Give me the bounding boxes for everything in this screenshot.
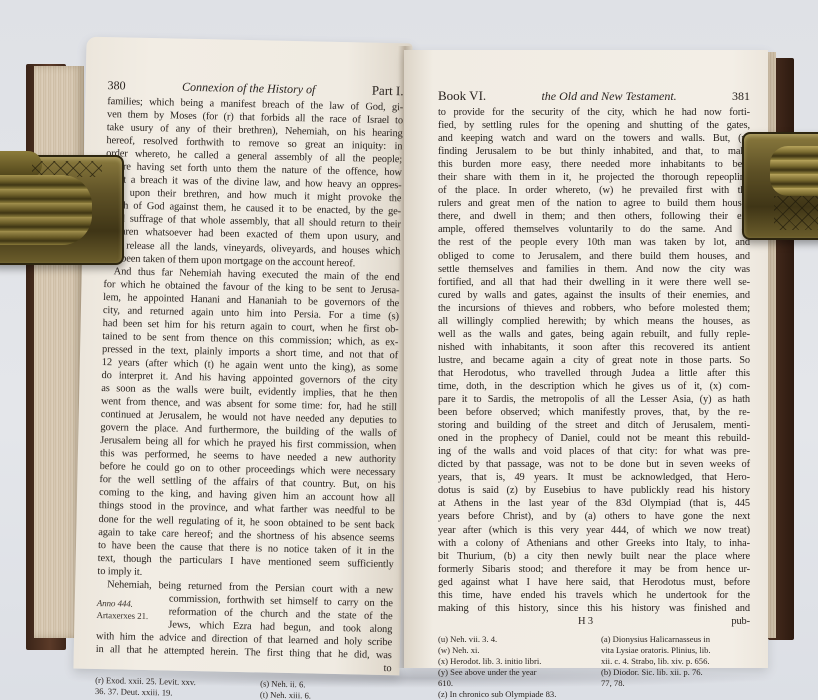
text-line: and keeping watch and ward on the towers… — [438, 132, 750, 145]
footnote: 77, 78. — [601, 678, 750, 689]
text-line: there, and dwell in them; and then other… — [438, 210, 750, 223]
footnote: 36. 37. Deut. xxiii. 19. — [95, 686, 226, 700]
text-line: obliged to come to Jerusalem, and there … — [438, 250, 750, 263]
right-footnotes: (u) Neh. vii. 3. 4. (w) Neh. xi. (x) Her… — [438, 634, 750, 700]
right-body-text: to provide for the security of the city,… — [438, 106, 750, 628]
text-line: settle themselves and families in them. … — [438, 263, 750, 276]
footnote-column: (a) Dionysius Halicarnasseus in vita Lys… — [601, 634, 750, 700]
text-line: well as the walls and gates, being again… — [438, 328, 750, 341]
text-line: fied, by settling rules for the opening … — [438, 119, 750, 132]
footnote: (b) Diodor. Sic. lib. xii. p. 76. — [601, 667, 750, 678]
footnote: (t) Neh. xiii. 6. — [260, 689, 391, 700]
footnote: (y) See above under the year — [438, 667, 587, 678]
footnote: (z) In chronico sub Olympiade 83. — [438, 689, 587, 700]
footnote: (u) Neh. vii. 3. 4. — [438, 634, 587, 645]
text-line: dotus is said (z) by Eusebius to have pu… — [438, 484, 750, 497]
text-line: at Athens in the last year of the 83d Ol… — [438, 497, 750, 510]
running-title: Connexion of the History of — [182, 80, 316, 98]
text-line: year after (which is this very year 444,… — [438, 524, 750, 537]
footnote: 610. — [438, 678, 587, 689]
text-line: their share with them in it, he projecte… — [438, 171, 750, 184]
reign-year: Artaxerxes 21. — [96, 609, 168, 623]
signature-mark: H 3 — [578, 615, 593, 628]
text-line: time, doth, in the description which he … — [438, 380, 750, 393]
text-line: of the place. In order whereto, (w) he p… — [438, 184, 750, 197]
brass-hand-clip-left — [0, 155, 124, 265]
footnote: vita Lysiae oratoris. Plinius, lib. — [601, 645, 750, 656]
text-line: ged against what I have here said, that … — [438, 576, 750, 589]
brass-hand-icon — [770, 146, 818, 196]
left-body-text: families; which being a manifest breach … — [95, 95, 403, 675]
footnote: (w) Neh. xi. — [438, 645, 587, 656]
text-line: years before Christ), and by (a) others … — [438, 510, 750, 523]
text-line: with a colony of Athenians and other Gre… — [438, 537, 750, 550]
text-line: finding Jerusalem to be but thinly inhab… — [438, 145, 750, 158]
running-title: the Old and New Testament. — [541, 89, 676, 104]
page-number: 381 — [732, 89, 750, 104]
text-line: all willingly complied herewith; by whic… — [438, 315, 750, 328]
footnote: (a) Dionysius Halicarnasseus in — [601, 634, 750, 645]
book-label: Book VI. — [438, 88, 486, 104]
text-line: nished with inhabitants, it soon after t… — [438, 341, 750, 354]
text-line: bit Thurium, (b) a city then newly built… — [438, 550, 750, 563]
text-line: cured by walls and gates, against the in… — [438, 289, 750, 302]
text-line: been before observed; which manifestly p… — [438, 406, 750, 419]
footnote-column: (u) Neh. vii. 3. 4. (w) Neh. xi. (x) Her… — [438, 634, 587, 700]
catchword: pub- — [731, 615, 750, 628]
footnote-column: (r) Exod. xxii. 25. Levit. xxv. 36. 37. … — [95, 675, 226, 700]
text-line: the incursions of thieves and robbers, w… — [438, 302, 750, 315]
text-line: storing and building of the street and d… — [438, 419, 750, 432]
open-book-photo: 380 Connexion of the History of Part I. … — [0, 0, 818, 700]
text-line: that Herodotus, who travelled through Ju… — [438, 367, 750, 380]
clip-lattice-pattern — [774, 196, 818, 230]
footnote-column: (s) Neh. ii. 6. (t) Neh. xiii. 6. — [240, 678, 391, 700]
text-line: pare it to Sardis, the metropolis of all… — [438, 393, 750, 406]
margin-note: Anno 444. Artaxerxes 21. — [96, 591, 169, 632]
brass-hand-clip-right — [742, 132, 818, 240]
text-line: this time, have ended his travels which … — [438, 589, 750, 602]
page-number: 380 — [107, 78, 125, 93]
text-line: formerly Sibaris stood; and therefore it… — [438, 563, 750, 576]
text-line: to provide for the security of the city,… — [438, 106, 750, 119]
text-line: the rest of the people every 10th man wa… — [438, 236, 750, 249]
text-line: this burden more easy, there needed more… — [438, 158, 750, 171]
indented-text: commission, forthwith set himself to car… — [168, 592, 393, 636]
text-line: oned in the prophecy of Daniel, could no… — [438, 432, 750, 445]
text-line: years, that is, 49 years. It must be ack… — [438, 471, 750, 484]
left-page: 380 Connexion of the History of Part I. … — [73, 37, 412, 676]
text-line: making of this history, since this his h… — [438, 602, 750, 615]
text-line: dicted by that passage, was not to be do… — [438, 458, 750, 471]
text-line: lustre, and became again a city of great… — [438, 354, 750, 367]
brass-hand-icon — [0, 175, 92, 245]
right-running-head: Book VI. the Old and New Testament. 381 — [438, 88, 750, 104]
text-line: ing of the walls and void places of that… — [438, 445, 750, 458]
signature-line: H 3 pub- — [438, 615, 750, 628]
text-line: ample, offered themselves voluntarily to… — [438, 223, 750, 236]
footnote: (x) Herodot. lib. 3. initio libri. — [438, 656, 587, 667]
footnote: xii. c. 4. Strabo, lib. xiv. p. 656. — [601, 656, 750, 667]
text-line: rulers and great men of the nation to ag… — [438, 197, 750, 210]
right-page: Book VI. the Old and New Testament. 381 … — [404, 50, 768, 668]
text-line: fortified, and all that had their dwelli… — [438, 276, 750, 289]
margin-note-block: Anno 444. Artaxerxes 21. commission, for… — [96, 591, 393, 636]
